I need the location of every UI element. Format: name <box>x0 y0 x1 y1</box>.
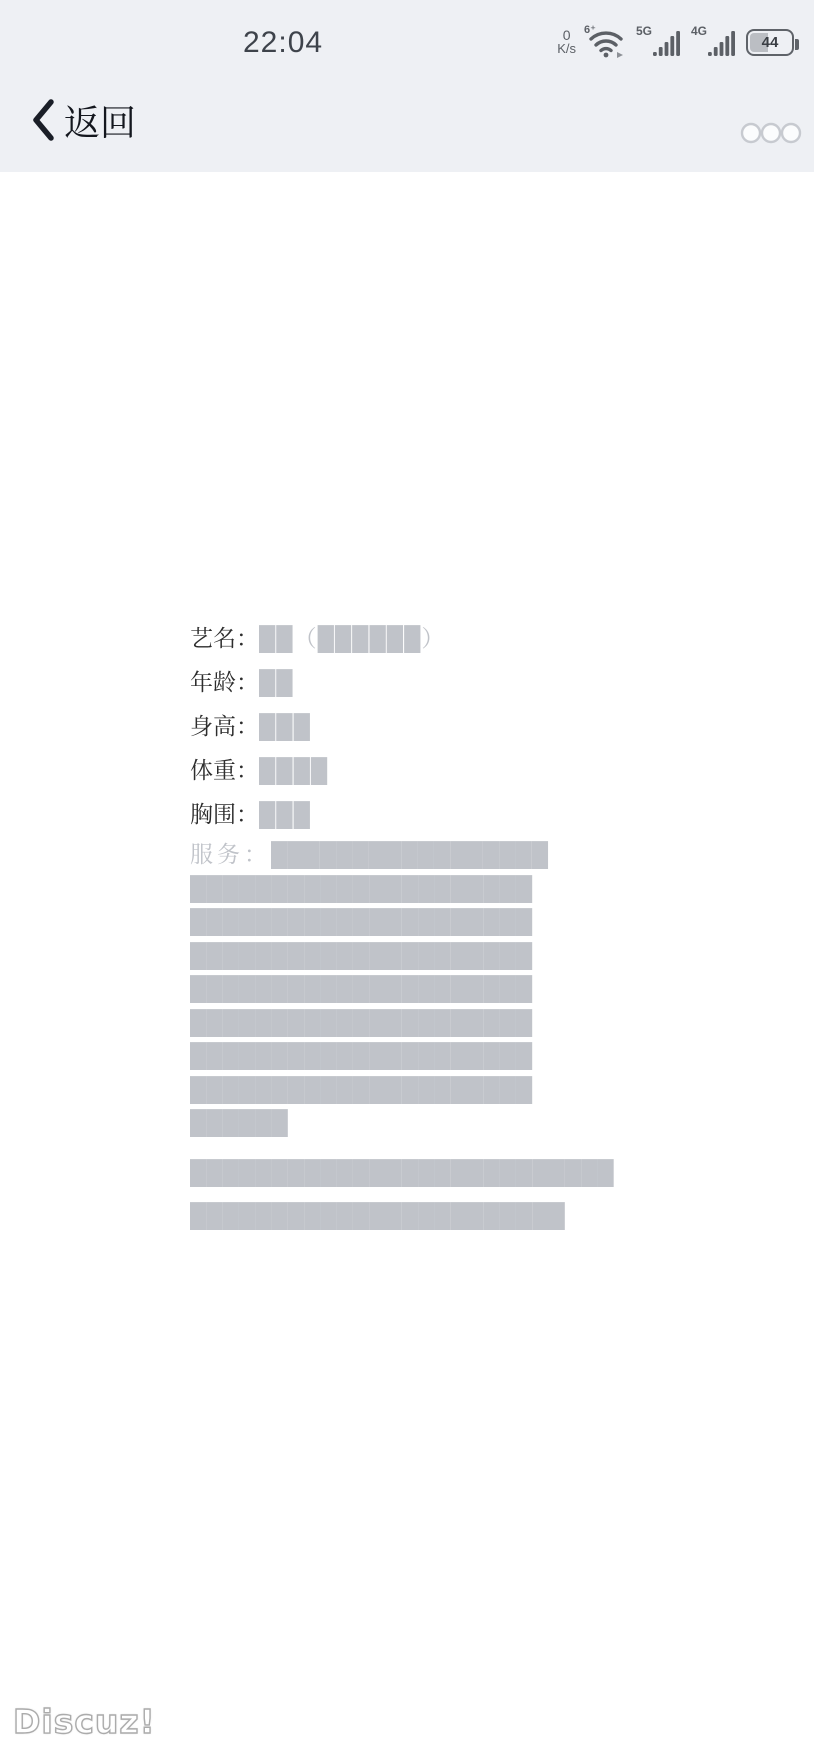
field-label: 年龄： <box>190 669 259 695</box>
field-value-redacted: ██ <box>259 669 294 695</box>
profile-field: 体重：████ <box>190 748 548 792</box>
network-speed-value: 0 <box>557 28 576 42</box>
network-type-5g: 5G <box>636 24 652 38</box>
profile-field: 年龄：██ <box>190 660 548 704</box>
wifi-icon: 6⁺ <box>586 25 626 59</box>
field-value-redacted: ███ <box>259 801 311 827</box>
back-label: 返回 <box>64 95 136 146</box>
field-label: 身高： <box>190 713 259 739</box>
back-button[interactable]: 返回 <box>28 94 136 146</box>
profile-field: 身高：███ <box>190 704 548 748</box>
profile-field: 胸围：███ <box>190 792 548 836</box>
field-label: 体重： <box>190 757 259 783</box>
signal-5g: 5G <box>636 26 681 58</box>
chevron-left-icon <box>28 97 56 143</box>
signal-4g: 4G <box>691 26 736 58</box>
network-type-4g: 4G <box>691 24 707 38</box>
field-value-redacted: ████ <box>259 757 328 783</box>
price-line-redacted: ██████████████████████████ <box>190 1156 548 1190</box>
status-icons: 0 K/s 6⁺ 5G <box>557 22 794 62</box>
profile-field: 艺名：██（██████） <box>190 616 548 660</box>
profile-content: 艺名：██（██████） 年龄：██ 身高：███ 体重：████ 胸围：██… <box>190 616 548 1233</box>
network-speed-unit: K/s <box>557 42 576 56</box>
wifi-6-badge: 6⁺ <box>584 23 596 36</box>
battery-percentage: 44 <box>762 34 779 51</box>
phone-screen: 22:04 0 K/s 6⁺ 5G <box>0 0 814 1752</box>
time-label: 22:04 <box>243 26 323 60</box>
field-value-redacted: ███ <box>259 713 311 739</box>
signal-bars-icon <box>708 30 736 56</box>
field-value-redacted: ██（██████） <box>259 625 445 651</box>
battery-indicator: 44 <box>746 29 794 56</box>
field-label: 艺名： <box>190 625 259 651</box>
battery-cap <box>795 39 799 50</box>
header: 22:04 0 K/s 6⁺ 5G <box>0 0 814 172</box>
more-options-button[interactable] <box>740 122 802 144</box>
service-description-redacted: 服务：█████████████████████████████████████… <box>190 838 548 1140</box>
signal-bars-icon <box>653 30 681 56</box>
network-speed-indicator: 0 K/s <box>557 28 576 56</box>
field-label: 胸围： <box>190 801 259 827</box>
price-line-redacted: ███████████████████████ <box>190 1199 548 1233</box>
discuz-watermark: Discuz! <box>13 1702 156 1741</box>
